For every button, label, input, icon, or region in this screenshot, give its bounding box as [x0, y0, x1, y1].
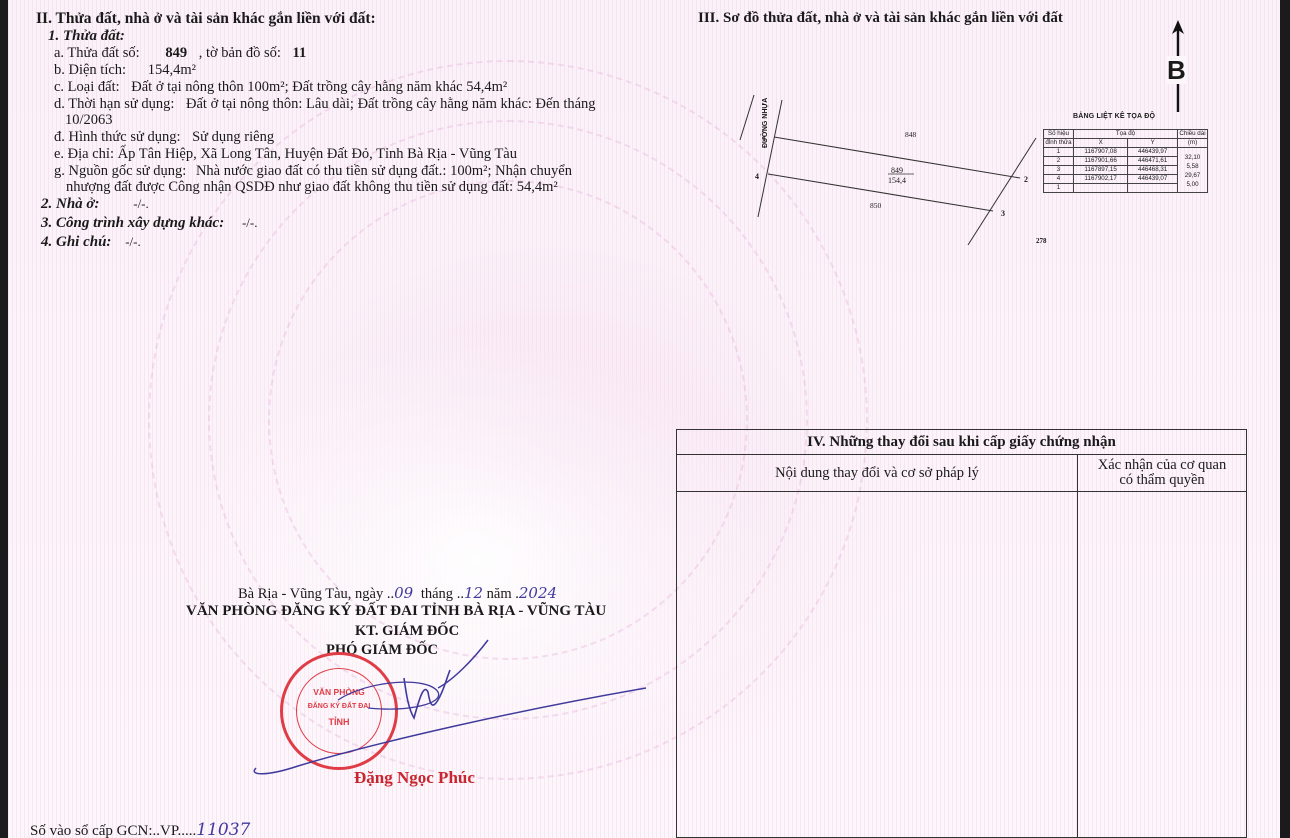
map-sheet-label: , tờ bản đồ số:	[199, 45, 281, 61]
coord-header-coord: Tọa độ	[1074, 130, 1178, 139]
neighbor-south-label: 850	[870, 201, 881, 210]
coord-point: 4	[1044, 175, 1074, 184]
other-construction-row: 3. Công trình xây dựng khác: -/-.	[41, 215, 257, 232]
changes-table: IV. Những thay đổi sau khi cấp giấy chứn…	[676, 429, 1247, 838]
notes-value: -/-.	[125, 234, 141, 249]
parcel-number: 849	[165, 45, 187, 61]
coord-table: Số hiệu Tọa độ Chiều dài đỉnh thửa X Y (…	[1043, 129, 1208, 193]
coord-length: 32,10	[1179, 153, 1206, 162]
vertex-1-label: 1	[762, 134, 766, 143]
registry-label: Số vào sổ cấp GCN:..VP.	[30, 823, 181, 838]
neighbor-north-label: 848	[905, 130, 916, 139]
origin-value-continued: nhượng đất được Công nhận QSDĐ như giao …	[66, 179, 558, 195]
usage-form-value: Sử dụng riêng	[192, 129, 274, 145]
parcel-number-label-map: 849	[891, 166, 903, 175]
house-label: 2. Nhà ở:	[41, 196, 99, 212]
house-row: 2. Nhà ở: -/-.	[41, 196, 149, 213]
coord-row: 1 1167907,08 446439,97 32,10 5,58 29,67 …	[1044, 148, 1208, 157]
coord-y	[1128, 184, 1178, 193]
coord-x	[1074, 184, 1128, 193]
land-type-row: c. Loại đất: Đất ở tại nông thôn 100m²; …	[54, 79, 507, 95]
coord-point: 1	[1044, 184, 1074, 193]
parcel-area-label-map: 154,4	[888, 176, 906, 185]
coord-header-point2: đỉnh thửa	[1044, 139, 1074, 148]
neighbor-east-label: 278	[1036, 237, 1047, 245]
coord-header-x: X	[1074, 139, 1128, 148]
area-label: b. Diện tích:	[54, 62, 126, 78]
changes-col-confirm: Xác nhận của cơ quan có thẩm quyền	[1078, 455, 1246, 491]
coord-y: 446439,07	[1128, 175, 1178, 184]
signature-icon	[238, 600, 658, 780]
address-row: e. Địa chỉ: Ấp Tân Hiệp, Xã Long Tân, Hu…	[54, 146, 517, 162]
coord-x: 1167901,66	[1074, 157, 1128, 166]
changes-confirm-cell	[1078, 492, 1246, 837]
land-type-value: Đất ở tại nông thôn 100m²; Đất trồng cây…	[131, 79, 507, 95]
coord-y: 446471,61	[1128, 157, 1178, 166]
parcel-number-row: a. Thửa đất số: 849 , tờ bản đồ số: 11	[54, 45, 306, 61]
vertex-3-label: 3	[1001, 209, 1005, 218]
other-construction-value: -/-.	[242, 215, 258, 230]
coord-y: 446468,31	[1128, 166, 1178, 175]
notes-label: 4. Ghi chú:	[41, 234, 111, 250]
changes-table-title: IV. Những thay đổi sau khi cấp giấy chứn…	[677, 430, 1246, 455]
vertex-2-label: 2	[1024, 175, 1028, 184]
coord-header-y: Y	[1128, 139, 1178, 148]
area-row: b. Diện tích: 154,4m²	[54, 62, 196, 78]
term-row: d. Thời hạn sử dụng: Đất ở tại nông thôn…	[54, 96, 596, 112]
section3-title: III. Sơ đồ thửa đất, nhà ở và tài sản kh…	[698, 10, 1063, 27]
coord-point: 3	[1044, 166, 1074, 175]
coord-header-point: Số hiệu	[1044, 130, 1074, 139]
origin-label: g. Nguồn gốc sử dụng:	[54, 163, 186, 179]
north-label: B	[1166, 56, 1187, 84]
coord-x: 1167907,08	[1074, 148, 1128, 157]
land-type-label: c. Loại đất:	[54, 79, 120, 95]
coord-length: 29,67	[1179, 171, 1206, 180]
changes-col-confirm-line2: có thẩm quyền	[1078, 473, 1246, 488]
section2-title: II. Thửa đất, nhà ở và tài sản khác gắn …	[36, 10, 376, 28]
coord-length: 5,00	[1179, 180, 1206, 189]
parcel-diagram	[738, 90, 1058, 260]
coord-header-length-unit: (m)	[1178, 139, 1208, 148]
coord-point: 2	[1044, 157, 1074, 166]
term-value-continued: 10/2063	[65, 112, 113, 128]
origin-row: g. Nguồn gốc sử dụng: Nhà nước giao đất …	[54, 163, 572, 179]
area-value: 154,4m²	[148, 62, 196, 78]
coord-y: 446439,97	[1128, 148, 1178, 157]
coord-x: 1167897,15	[1074, 166, 1128, 175]
coord-x: 1167902,17	[1074, 175, 1128, 184]
map-sheet-number: 11	[293, 45, 307, 61]
other-construction-label: 3. Công trình xây dựng khác:	[41, 215, 224, 231]
notes-row: 4. Ghi chú: -/-.	[41, 234, 141, 251]
term-label: d. Thời hạn sử dụng:	[54, 96, 174, 112]
house-value: -/-.	[133, 196, 149, 211]
land-heading: 1. Thửa đất:	[48, 28, 125, 45]
vertex-4-label: 4	[755, 172, 759, 181]
land-certificate-page: II. Thửa đất, nhà ở và tài sản khác gắn …	[8, 0, 1280, 838]
changes-col-content: Nội dung thay đổi và cơ sở pháp lý	[677, 455, 1078, 491]
coord-lengths: 32,10 5,58 29,67 5,00	[1178, 148, 1208, 193]
changes-col-confirm-line1: Xác nhận của cơ quan	[1078, 458, 1246, 473]
changes-content-cell	[677, 492, 1078, 837]
signer-name: Đặng Ngọc Phúc	[354, 768, 475, 788]
origin-value: Nhà nước giao đất có thu tiền sử dụng đấ…	[196, 163, 572, 179]
coord-table-title: BẢNG LIỆT KÊ TỌA ĐỘ	[1073, 113, 1155, 120]
usage-form-label: đ. Hình thức sử dụng:	[54, 129, 180, 145]
coord-point: 1	[1044, 148, 1074, 157]
address-value: Ấp Tân Hiệp, Xã Long Tân, Huyện Đất Đỏ, …	[118, 146, 517, 162]
parcel-number-label: a. Thửa đất số:	[54, 45, 140, 61]
term-value: Đất ở tại nông thôn: Lâu dài; Đất trồng …	[186, 96, 596, 112]
address-label: e. Địa chỉ:	[54, 146, 114, 162]
registry-number-row: Số vào sổ cấp GCN:..VP.....11037	[30, 820, 250, 838]
registry-number: 11037	[196, 820, 250, 838]
coord-header-length: Chiều dài	[1178, 130, 1208, 139]
coord-length: 5,58	[1179, 162, 1206, 171]
usage-form-row: đ. Hình thức sử dụng: Sử dụng riêng	[54, 129, 274, 145]
